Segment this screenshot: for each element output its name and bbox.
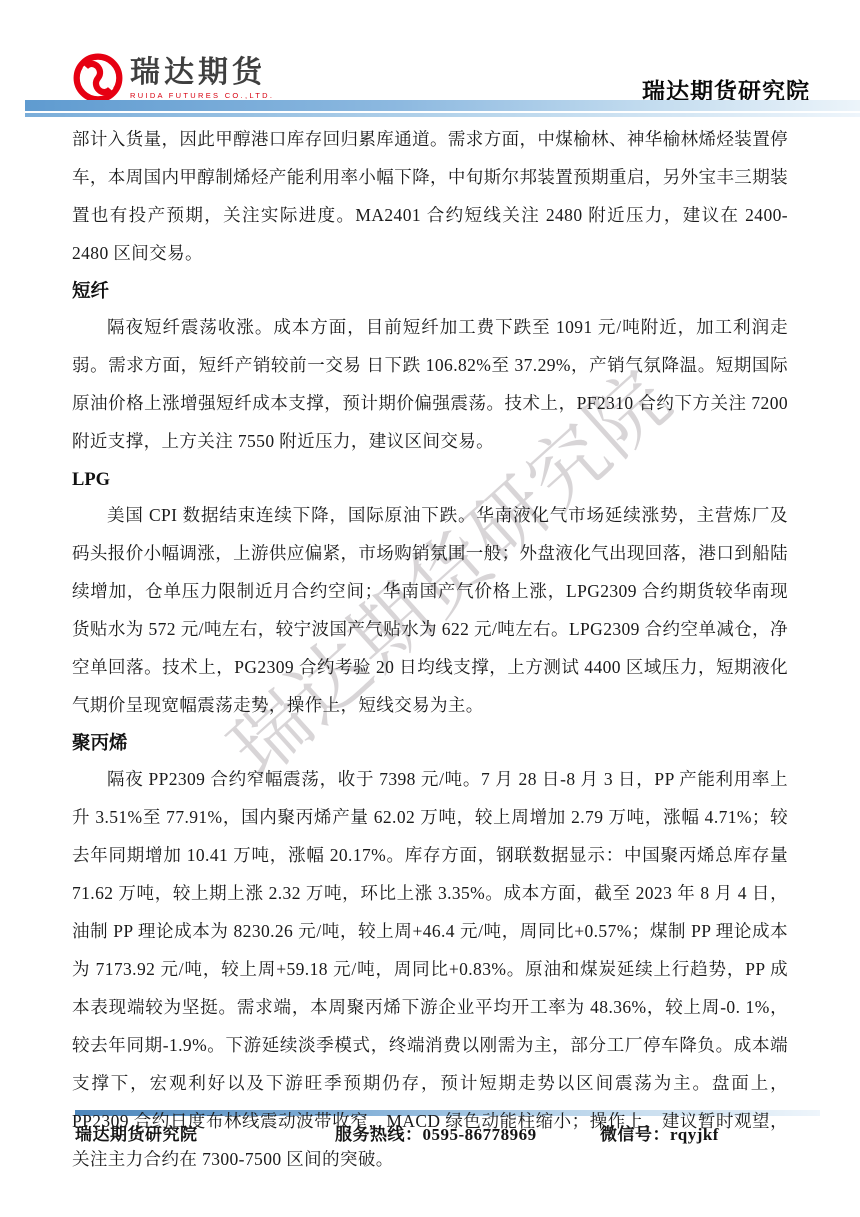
- paragraph-staple-fiber: 隔夜短纤震荡收涨。成本方面，目前短纤加工费下跌至 1091 元/吨附近，加工利润…: [72, 308, 788, 460]
- section-heading-staple-fiber: 短纤: [72, 278, 788, 306]
- paragraph-lpg: 美国 CPI 数据结束连续下降，国际原油下跌。华南液化气市场延续涨势，主营炼厂及…: [72, 496, 788, 724]
- report-body: 部计入货量，因此甲醇港口库存回归累库通道。需求方面，中煤榆林、神华榆林烯烃装置停…: [72, 120, 788, 1178]
- header-divider-main: [25, 100, 860, 111]
- header-divider-sub: [25, 113, 860, 117]
- section-heading-polypropylene: 聚丙烯: [72, 730, 788, 758]
- ruida-logo-icon: [72, 52, 124, 104]
- brand-logo: 瑞达期货 RUIDA FUTURES CO.,LTD.: [72, 52, 274, 104]
- paragraph-methanol-continuation: 部计入货量，因此甲醇港口库存回归累库通道。需求方面，中煤榆林、神华榆林烯烃装置停…: [72, 120, 788, 272]
- section-heading-lpg: LPG: [72, 466, 788, 494]
- brand-name-cn: 瑞达期货: [130, 56, 274, 90]
- brand-name-en: RUIDA FUTURES CO.,LTD.: [130, 91, 274, 101]
- paragraph-polypropylene: 隔夜 PP2309 合约窄幅震荡，收于 7398 元/吨。7 月 28 日-8 …: [72, 760, 788, 1178]
- report-page: 瑞达期货 RUIDA FUTURES CO.,LTD. 瑞达期货研究院 瑞达期货…: [0, 0, 860, 1217]
- brand-text: 瑞达期货 RUIDA FUTURES CO.,LTD.: [130, 56, 274, 101]
